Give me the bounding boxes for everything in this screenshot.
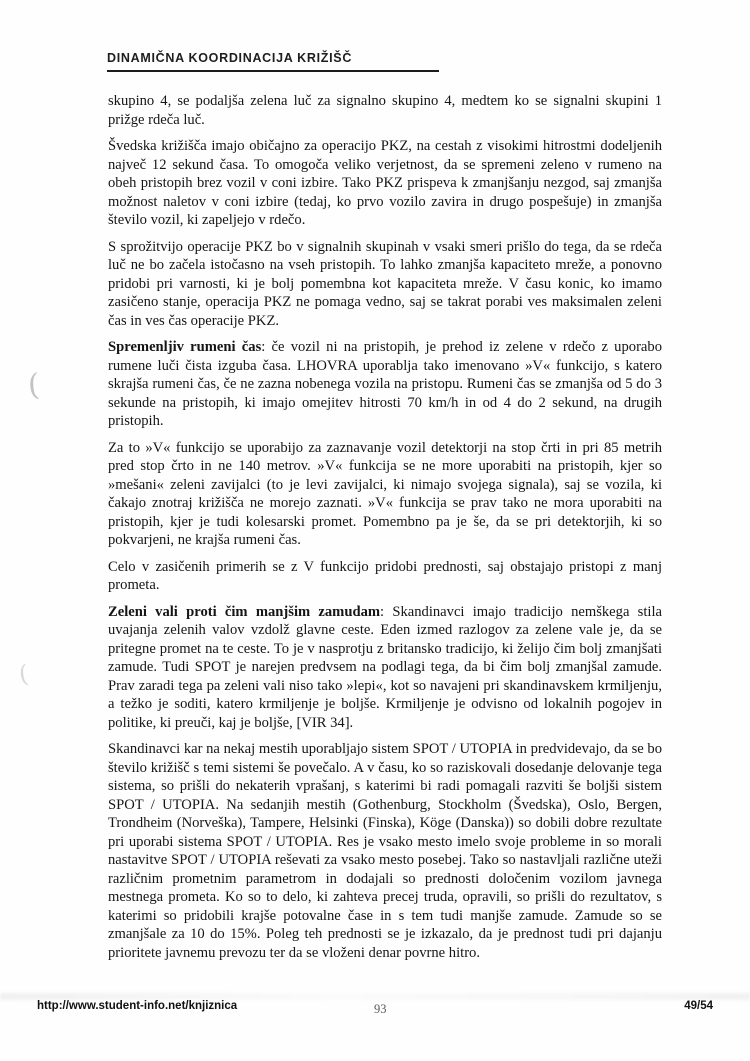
- footer-source-url: http://www.student-info.net/knjiznica: [37, 1000, 237, 1012]
- footer-page-indicator: 49/54: [684, 1000, 713, 1012]
- paragraph: Zeleni vali proti čim manjšim zamudam: S…: [108, 603, 662, 733]
- paragraph-text: Skandinavci kar na nekaj mestih uporablj…: [108, 741, 662, 961]
- paragraph-text: Za to »V« funkcijo se uporabijo za zazna…: [108, 440, 662, 549]
- footer-page-number: 93: [374, 1002, 387, 1017]
- paragraph-text: Švedska križišča imajo običajno za opera…: [108, 138, 662, 228]
- paragraph-text: : Skandinavci imajo tradicijo nemškega s…: [108, 604, 662, 731]
- paragraph-text: Celo v zasičenih primerih se z V funkcij…: [108, 559, 662, 594]
- scan-smear-band: [0, 993, 750, 1000]
- document-body: skupino 4, se podaljša zelena luč za sig…: [108, 92, 662, 970]
- page-header: DINAMIČNA KOORDINACIJA KRIŽIŠČ: [107, 49, 439, 72]
- scan-artifact-mark: (: [17, 659, 30, 688]
- header-title: DINAMIČNA KOORDINACIJA KRIŽIŠČ: [107, 51, 352, 65]
- paragraph-lead: Spremenljiv rumeni čas: [108, 339, 261, 355]
- paragraph: Spremenljiv rumeni čas: če vozil ni na p…: [108, 338, 662, 431]
- paragraph: Za to »V« funkcijo se uporabijo za zazna…: [108, 439, 662, 550]
- document-page: DINAMIČNA KOORDINACIJA KRIŽIŠČ skupino 4…: [0, 0, 750, 1061]
- paragraph: skupino 4, se podaljša zelena luč za sig…: [108, 92, 662, 129]
- scan-artifact-mark: (: [27, 368, 41, 404]
- paragraph-text: S sprožitvijo operacije PKZ bo v signaln…: [108, 239, 662, 329]
- paragraph-text: skupino 4, se podaljša zelena luč za sig…: [108, 93, 662, 128]
- paragraph: S sprožitvijo operacije PKZ bo v signaln…: [108, 238, 662, 331]
- paragraph-lead: Zeleni vali proti čim manjšim zamudam: [108, 604, 380, 620]
- paragraph: Skandinavci kar na nekaj mestih uporablj…: [108, 740, 662, 962]
- paragraph: Švedska križišča imajo običajno za opera…: [108, 137, 662, 230]
- paragraph: Celo v zasičenih primerih se z V funkcij…: [108, 558, 662, 595]
